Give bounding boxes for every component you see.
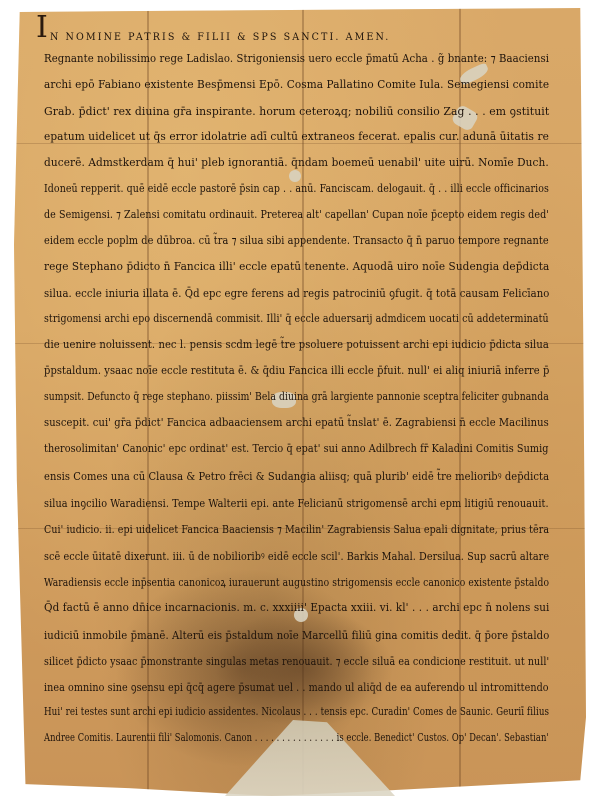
decorated-initial: I bbox=[36, 10, 48, 45]
text-line: therosolimitan' Canonic' epc ordinat' es… bbox=[44, 442, 549, 455]
text-line: scē eccle ūitatē dixerunt. iii. ū de nob… bbox=[44, 549, 549, 564]
fold-crease bbox=[14, 143, 586, 144]
parchment-hole bbox=[289, 170, 301, 182]
text-line: Cui' iudicio. ii. epi uidelicet Fancica … bbox=[44, 523, 549, 536]
text-line: epatum uidelicet ut q̄s error idolatrie … bbox=[44, 130, 549, 143]
text-line: Grab. p̄dict' rex diuina gr̄a inspirante… bbox=[44, 104, 549, 119]
text-line: ensis Comes una cū Clausa & Petro frēci … bbox=[44, 469, 549, 484]
text-line: eidem eccle poplm de dūbroa. cū t̃ra ⁊ s… bbox=[44, 234, 549, 247]
text-line: silua. eccle iniuria illata ē. Q̄d epc e… bbox=[44, 286, 549, 301]
text-line: p̄pstaldum. ysaac noīe eccle restituta ē… bbox=[44, 364, 549, 377]
text-line: silicet p̄dicto ysaac p̄monstrante singu… bbox=[44, 655, 549, 668]
text-line: Andree Comitis. Laurentii fili' Salomoni… bbox=[44, 731, 549, 744]
text-line: Q̄d factū ē anno dn̄ice incarnacionis. m… bbox=[44, 601, 549, 614]
invocation-heading: N NOMINE PATRIS & FILII & SPS SANCTI. AM… bbox=[50, 32, 390, 43]
text-line: Waradiensis eccle inp̄sentia canonicoꝝ i… bbox=[44, 575, 549, 590]
text-line: sumpsit. Defuncto q̄ rege stephano. piis… bbox=[44, 390, 549, 403]
text-line: silua inꝯcilio Waradiensi. Tempe Walteri… bbox=[44, 496, 549, 511]
text-line: Regnante nobilissimo rege Ladislao. Stri… bbox=[44, 52, 549, 65]
text-line: ducerē. Admstkerdam q̄ hui' pleb ignoran… bbox=[44, 156, 549, 169]
text-line: inea omnino sine ꝯsensu epi q̄cq̄ agere … bbox=[44, 680, 549, 695]
text-line: Hui' rei testes sunt archi epi iudicio a… bbox=[44, 705, 549, 718]
text-line: iudiciū inmobile p̄manē. Alterū eis p̄st… bbox=[44, 629, 549, 642]
text-line: die uenire noluissent. nec l. pensis scd… bbox=[44, 338, 549, 351]
text-line: strigomensi archi epo discernendā commis… bbox=[44, 312, 549, 325]
text-line: de Semigensi. ⁊ Zalensi comitatu ordinau… bbox=[44, 208, 549, 221]
text-line: archi epō Fabiano existente Besp̄mensi E… bbox=[44, 78, 549, 91]
text-line: Idoneū repperit. quē eidē eccle pastorē … bbox=[44, 182, 549, 195]
text-line: rege Stephano p̄dicto n̄ Fancica illi' e… bbox=[44, 260, 549, 273]
text-line: suscepit. cui' gr̄a p̄dict' Fancica adba… bbox=[44, 416, 549, 429]
